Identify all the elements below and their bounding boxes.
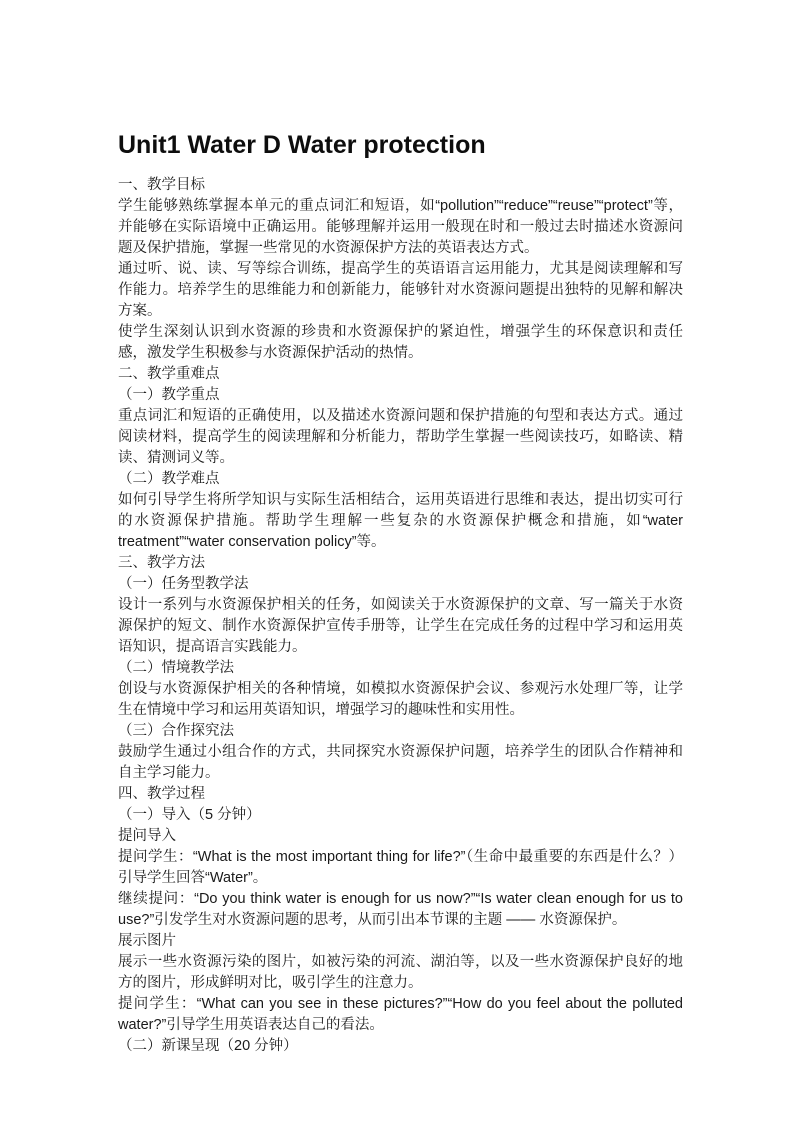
paragraph: 如何引导学生将所学知识与实际生活相结合，运用英语进行思维和表达，提出切实可行的水…: [118, 490, 683, 553]
paragraph: 使学生深刻认识到水资源的珍贵和水资源保护的紧迫性，增强学生的环保意识和责任感，激…: [118, 322, 683, 364]
document-page: Unit1 Water D Water protection 一、教学目标学生能…: [0, 0, 794, 1123]
paragraph: （二）情境教学法: [118, 658, 683, 679]
paragraph: 重点词汇和短语的正确使用，以及描述水资源问题和保护措施的句型和表达方式。通过阅读…: [118, 406, 683, 469]
paragraph: 一、教学目标: [118, 175, 683, 196]
paragraph: 四、教学过程: [118, 784, 683, 805]
paragraph: 提问导入: [118, 826, 683, 847]
paragraph: （二）教学难点: [118, 469, 683, 490]
paragraph: 提问学生：“What is the most important thing f…: [118, 847, 683, 889]
paragraph: 展示图片: [118, 931, 683, 952]
paragraph: 鼓励学生通过小组合作的方式，共同探究水资源保护问题，培养学生的团队合作精神和自主…: [118, 742, 683, 784]
paragraph: 设计一系列与水资源保护相关的任务，如阅读关于水资源保护的文章、写一篇关于水资源保…: [118, 595, 683, 658]
paragraph: 通过听、说、读、写等综合训练，提高学生的英语语言运用能力，尤其是阅读理解和写作能…: [118, 259, 683, 322]
paragraph: 二、教学重难点: [118, 364, 683, 385]
paragraph: （三）合作探究法: [118, 721, 683, 742]
paragraph: 继续提问：“Do you think water is enough for u…: [118, 889, 683, 931]
document-title: Unit1 Water D Water protection: [118, 131, 683, 160]
paragraph: （一）教学重点: [118, 385, 683, 406]
paragraph: （一）任务型教学法: [118, 574, 683, 595]
paragraph: 展示一些水资源污染的图片，如被污染的河流、湖泊等，以及一些水资源保护良好的地方的…: [118, 952, 683, 994]
paragraph: 学生能够熟练掌握本单元的重点词汇和短语，如“pollution”“reduce”…: [118, 196, 683, 259]
paragraph: 提问学生：“What can you see in these pictures…: [118, 994, 683, 1036]
paragraph: 三、教学方法: [118, 553, 683, 574]
paragraph: （二）新课呈现（20 分钟）: [118, 1036, 683, 1057]
paragraph: （一）导入（5 分钟）: [118, 805, 683, 826]
paragraph: 创设与水资源保护相关的各种情境，如模拟水资源保护会议、参观污水处理厂等，让学生在…: [118, 679, 683, 721]
document-body: 一、教学目标学生能够熟练掌握本单元的重点词汇和短语，如“pollution”“r…: [118, 175, 683, 1057]
